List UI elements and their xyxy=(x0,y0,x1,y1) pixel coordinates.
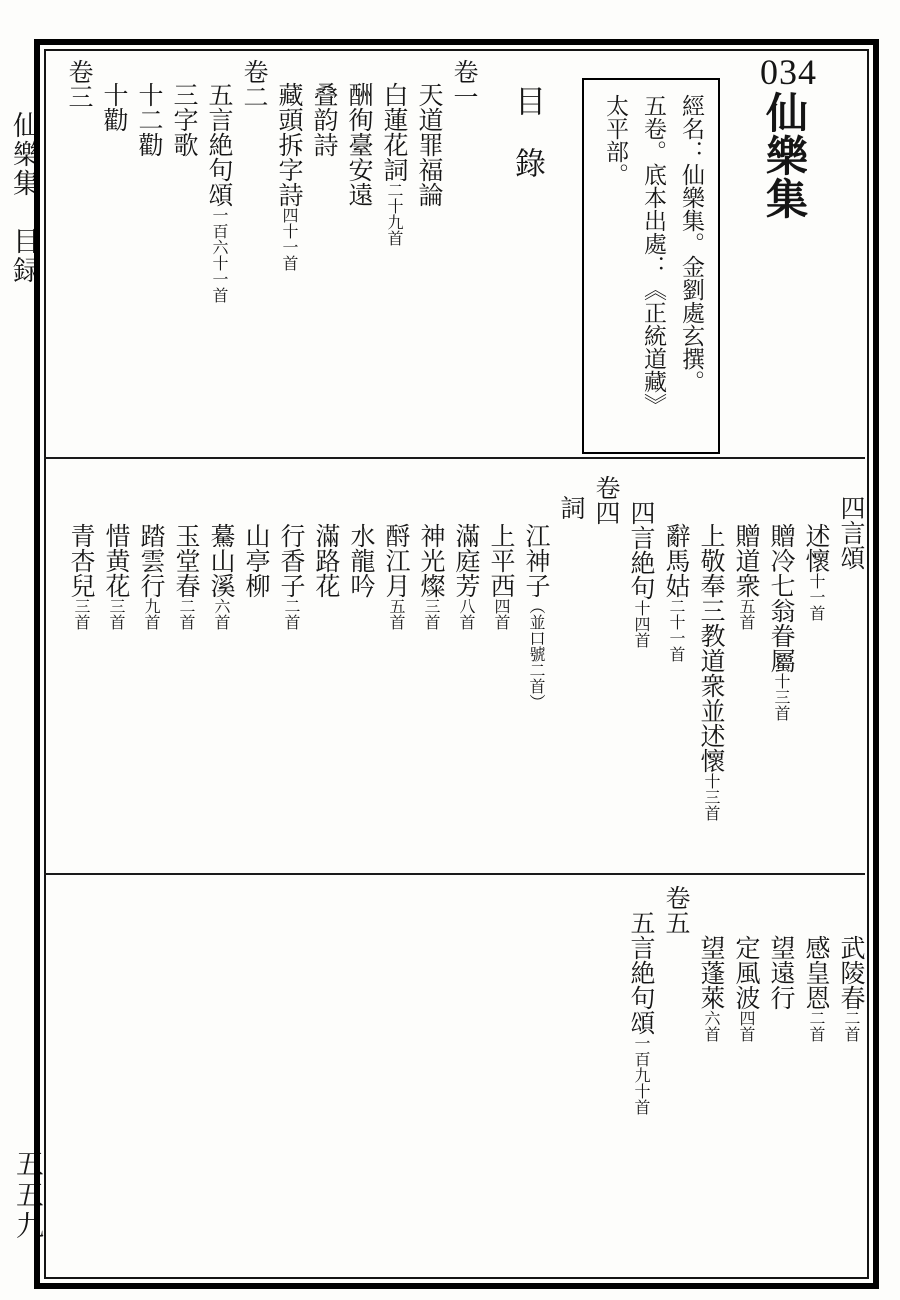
section-divider xyxy=(44,873,865,875)
volume-label: 卷五 xyxy=(662,885,689,935)
toc-entry: 驀山溪六首 xyxy=(203,475,238,871)
entry-count: 三首 xyxy=(422,598,439,630)
toc-entry: 辭馬姑二十一首 xyxy=(658,475,693,871)
category-label: 四言頌 xyxy=(837,495,864,570)
category-label: 詞 xyxy=(557,495,584,520)
entry-count: 二首 xyxy=(842,1010,859,1042)
category-header: 詞 xyxy=(553,475,588,871)
toc-entry: 望遠行 xyxy=(763,885,798,1275)
toc-entry: 神光燦三首 xyxy=(413,475,448,871)
toc-entry: 玉堂春二首 xyxy=(168,475,203,871)
entry-count: 四十一首 xyxy=(280,207,297,271)
entry-count: 十一首 xyxy=(807,573,824,621)
entry-title: 武陵春 xyxy=(837,935,864,1010)
entry-count: 四首 xyxy=(492,598,509,630)
toc-entry: 水龍吟 xyxy=(343,475,378,871)
entry-count: 三首 xyxy=(107,598,124,630)
section-divider xyxy=(44,457,865,459)
volume-label: 卷四 xyxy=(592,475,619,525)
entry-count: 二十一首 xyxy=(667,598,684,662)
entry-count: 十四首 xyxy=(632,600,649,648)
entry-title: 踏雲行 xyxy=(137,523,164,598)
toc-section-middle: 四言頌 述懷十一首 贈冷七翁眷屬十三首 贈道衆五首 上敬奉三教道衆並述懷十三首 … xyxy=(63,475,868,871)
toc-entry: 述懷十一首 xyxy=(798,475,833,871)
toc-entry: 四言絶句十四首 xyxy=(623,475,658,871)
entry-title: 滿庭芳 xyxy=(452,523,479,598)
toc-entry: 踏雲行九首 xyxy=(133,475,168,871)
toc-entry: 行香子二首 xyxy=(273,475,308,871)
volume-label: 卷三 xyxy=(65,59,92,109)
entry-title: 定風波 xyxy=(732,935,759,1010)
entry-count: 十三首 xyxy=(702,773,719,821)
entry-count: 九首 xyxy=(142,598,159,630)
toc-entry: 五言絶句頌一百六十一首 xyxy=(201,59,236,461)
entry-title: 望蓬萊 xyxy=(697,935,724,1010)
toc-entry: 武陵春二首 xyxy=(833,885,868,1275)
category-header: 四言頌 xyxy=(833,475,868,871)
toc-entry: 感皇恩二首 xyxy=(798,885,833,1275)
toc-entry: 滿庭芳八首 xyxy=(448,475,483,871)
entry-count: 一百九十首 xyxy=(632,1035,649,1115)
entry-title: 上平西 xyxy=(487,523,514,598)
entry-count: 二首 xyxy=(177,598,194,630)
entry-title: 三字歌 xyxy=(170,82,197,157)
volume-label: 卷二 xyxy=(240,59,267,109)
volume-header: 卷二 xyxy=(236,59,271,461)
entry-title: 望遠行 xyxy=(767,935,794,1010)
entry-count: 六首 xyxy=(212,598,229,630)
volume-header: 卷五 xyxy=(658,885,693,1275)
toc-entry: 白蓮花詞二十九首 xyxy=(376,59,411,461)
toc-entry: 十勸 xyxy=(96,59,131,461)
entry-title: 感皇恩 xyxy=(802,935,829,1010)
entry-title: 酬徇臺安遠 xyxy=(345,82,372,207)
toc-entry: 酹江月五首 xyxy=(378,475,413,871)
book-title: 仙樂集 xyxy=(753,91,813,220)
entry-count: （並口號二首） xyxy=(527,598,544,710)
entry-count: 三首 xyxy=(72,598,89,630)
toc-entry: 江神子（並口號二首） xyxy=(518,475,553,871)
entry-title: 四言絶句 xyxy=(627,500,654,600)
toc-entry: 山亭柳 xyxy=(238,475,273,871)
entry-count: 二首 xyxy=(807,1010,824,1042)
colophon-box: 經名：仙樂集。金劉處玄撰。 五卷。底本出處：《正統道藏》 太平部。 xyxy=(582,78,720,454)
entry-title: 上敬奉三教道衆並述懷 xyxy=(697,523,724,773)
entry-title: 酹江月 xyxy=(382,523,409,598)
entry-title: 白蓮花詞 xyxy=(380,82,407,182)
entry-title: 玉堂春 xyxy=(172,523,199,598)
toc-entry: 天道罪福論 xyxy=(411,59,446,461)
entry-title: 惜黄花 xyxy=(102,523,129,598)
entry-title: 天道罪福論 xyxy=(415,82,442,207)
entry-title: 滿路花 xyxy=(312,523,339,598)
entry-title: 江神子 xyxy=(522,523,549,598)
colophon-line: 五卷。底本出處：《正統道藏》 xyxy=(634,94,672,444)
toc-entry: 贈道衆五首 xyxy=(728,475,763,871)
toc-entry: 定風波四首 xyxy=(728,885,763,1275)
entry-title: 十二勸 xyxy=(135,82,162,157)
colophon-line: 經名：仙樂集。金劉處玄撰。 xyxy=(672,94,710,444)
toc-entry: 三字歌 xyxy=(166,59,201,461)
volume-header: 卷三 xyxy=(61,59,96,461)
entry-title: 水龍吟 xyxy=(347,523,374,598)
toc-title-text: 目 錄 xyxy=(510,85,545,178)
entry-title: 五言絶句頌 xyxy=(627,910,654,1035)
entry-count: 八首 xyxy=(457,598,474,630)
toc-section-top: 目 錄 卷一 天道罪福論 白蓮花詞二十九首 酬徇臺安遠 叠韵詩 藏頭拆字詩四十一… xyxy=(61,59,545,461)
toc-entry: 藏頭拆字詩四十一首 xyxy=(271,59,306,461)
entry-title: 行香子 xyxy=(277,523,304,598)
entry-count: 一百六十一首 xyxy=(210,207,227,303)
toc-entry: 酬徇臺安遠 xyxy=(341,59,376,461)
toc-entry: 滿路花 xyxy=(308,475,343,871)
toc-entry: 五言絶句頌一百九十首 xyxy=(623,885,658,1275)
toc-title: 目 錄 xyxy=(509,59,545,461)
entry-title: 驀山溪 xyxy=(207,523,234,598)
entry-count: 五首 xyxy=(737,598,754,630)
entry-count: 二首 xyxy=(282,598,299,630)
toc-entry: 望蓬萊六首 xyxy=(693,885,728,1275)
toc-entry: 贈冷七翁眷屬十三首 xyxy=(763,475,798,871)
scanned-document-page: 仙樂集 目録 五五九 034 仙樂集 經名：仙樂集。金劉處玄撰。 五卷。底本出處… xyxy=(0,0,900,1300)
toc-section-bottom: 武陵春二首 感皇恩二首 望遠行 定風波四首 望蓬萊六首 卷五 五言絶句頌一百九十… xyxy=(623,885,868,1275)
volume-number-label: 034 xyxy=(760,51,817,93)
entry-count: 二十九首 xyxy=(385,182,402,246)
entry-title: 叠韵詩 xyxy=(310,82,337,157)
entry-title: 山亭柳 xyxy=(242,523,269,598)
entry-title: 神光燦 xyxy=(417,523,444,598)
toc-entry: 十二勸 xyxy=(131,59,166,461)
toc-entry: 上敬奉三教道衆並述懷十三首 xyxy=(693,475,728,871)
toc-entry: 青杏兒三首 xyxy=(63,475,98,871)
entry-title: 辭馬姑 xyxy=(662,523,689,598)
volume-header: 卷一 xyxy=(446,59,481,461)
entry-title: 述懷 xyxy=(802,523,829,573)
entry-count: 五首 xyxy=(387,598,404,630)
entry-title: 五言絶句頌 xyxy=(205,82,232,207)
entry-title: 青杏兒 xyxy=(67,523,94,598)
entry-title: 贈道衆 xyxy=(732,523,759,598)
volume-header: 卷四 xyxy=(588,475,623,871)
toc-entry: 惜黄花三首 xyxy=(98,475,133,871)
toc-entry: 上平西四首 xyxy=(483,475,518,871)
entry-count: 六首 xyxy=(702,1010,719,1042)
volume-label: 卷一 xyxy=(450,59,477,109)
toc-entry: 叠韵詩 xyxy=(306,59,341,461)
entry-title: 贈冷七翁眷屬 xyxy=(767,523,794,673)
entry-title: 十勸 xyxy=(100,82,127,132)
page-frame: 034 仙樂集 經名：仙樂集。金劉處玄撰。 五卷。底本出處：《正統道藏》 太平部… xyxy=(34,39,879,1289)
entry-count: 四首 xyxy=(737,1010,754,1042)
entry-count: 十三首 xyxy=(772,673,789,721)
entry-title: 藏頭拆字詩 xyxy=(275,82,302,207)
colophon-line: 太平部。 xyxy=(596,94,634,444)
